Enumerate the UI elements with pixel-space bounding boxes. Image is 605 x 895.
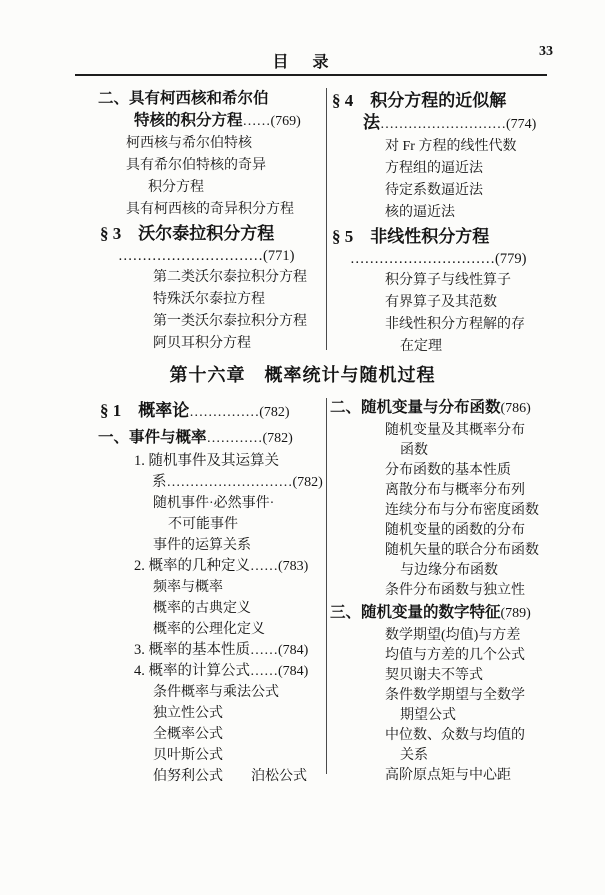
toc-line: 函数 (400, 441, 562, 461)
toc-line: § 5 非线性积分方程 (332, 226, 562, 248)
toc-line: 阿贝耳积分方程 (153, 333, 330, 355)
header-rule (75, 74, 547, 76)
toc-line: 离散分布与概率分布列 (385, 481, 562, 501)
toc-line: …………………………(771) (118, 245, 330, 267)
toc-line: 关系 (400, 746, 562, 766)
toc-line: 独立性公式 (153, 703, 330, 724)
toc-line: 贝叶斯公式 (153, 745, 330, 766)
toc-line: 全概率公式 (153, 724, 330, 745)
page-number: 33 (539, 44, 553, 60)
toc-line: 法………………………(774) (363, 112, 562, 136)
toc-column-bottom-left: § 1 概率论……………(782)一、事件与概率…………(782)1. 随机事件… (98, 396, 330, 787)
toc-line: 分布函数的基本性质 (385, 461, 562, 481)
toc-line: 条件数学期望与全数学 (385, 686, 562, 706)
toc-line: 特殊沃尔泰拉方程 (153, 289, 330, 311)
toc-line: 与边缘分布函数 (400, 561, 562, 581)
page-ref: (786) (501, 401, 531, 416)
toc-column-top-right: § 4 积分方程的近似解法………………………(774)对 Fr 方程的线性代数方… (330, 88, 562, 358)
toc-line: 连续分布与分布密度函数 (385, 501, 562, 521)
toc-column-top-left: 二、具有柯西核和希尔伯特核的积分方程……(769)柯西核与希尔伯特核具有希尔伯特… (98, 88, 330, 355)
toc-line: 对 Fr 方程的线性代数 (385, 136, 562, 158)
toc-line: 事件的运算关系 (153, 535, 330, 556)
toc-line: 1. 随机事件及其运算关 (134, 451, 330, 472)
toc-line: § 3 沃尔泰拉积分方程 (100, 223, 330, 245)
page-ref: ……(783) (250, 559, 308, 574)
toc-line: 方程组的逼近法 (385, 158, 562, 180)
toc-line: 契贝谢夫不等式 (385, 666, 562, 686)
toc-line: 随机矢量的联合分布函数 (385, 541, 562, 561)
toc-line: 具有柯西核的奇异积分方程 (126, 199, 330, 221)
page-ref: ……(769) (243, 114, 301, 129)
toc-line: 有界算子及其范数 (385, 292, 562, 314)
toc-line: 数学期望(均值)与方差 (385, 626, 562, 646)
toc-line: 概率的公理化定义 (153, 619, 330, 640)
toc-line: 频率与概率 (153, 577, 330, 598)
page-ref: (789) (501, 606, 531, 621)
toc-line: 随机变量的函数的分布 (385, 521, 562, 541)
toc-line: 核的逼近法 (385, 202, 562, 224)
toc-line: …………………………(779) (350, 248, 562, 270)
toc-line: 待定系数逼近法 (385, 180, 562, 202)
toc-line: § 1 概率论……………(782) (100, 398, 330, 426)
toc-line: 二、随机变量与分布函数(786) (330, 396, 562, 421)
page-ref: ……(784) (250, 643, 308, 658)
toc-line: 条件概率与乘法公式 (153, 682, 330, 703)
page-ref: ……(784) (250, 664, 308, 679)
toc-column-bottom-right: 二、随机变量与分布函数(786)随机变量及其概率分布函数分布函数的基本性质离散分… (330, 396, 562, 786)
toc-page: 目 录 33 二、具有柯西核和希尔伯特核的积分方程……(769)柯西核与希尔伯特… (0, 0, 605, 895)
toc-line: 伯努利公式 泊松公式 (153, 766, 330, 787)
page-ref: ………………………(782) (167, 475, 323, 490)
page-ref: …………(782) (207, 431, 293, 446)
toc-line: 不可能事件 (168, 514, 330, 535)
page-ref: ……………(782) (189, 405, 289, 420)
toc-line: 均值与方差的几个公式 (385, 646, 562, 666)
page-header-title: 目 录 (0, 49, 605, 72)
toc-line: 积分算子与线性算子 (385, 270, 562, 292)
toc-line: 中位数、众数与均值的 (385, 726, 562, 746)
toc-line: 3. 概率的基本性质……(784) (134, 640, 330, 661)
page-ref: ………………………(774) (380, 117, 536, 132)
toc-line: 2. 概率的几种定义……(783) (134, 556, 330, 577)
toc-line: 随机变量及其概率分布 (385, 421, 562, 441)
toc-line: 三、随机变量的数字特征(789) (330, 601, 562, 626)
toc-line: 积分方程 (148, 177, 330, 199)
toc-line: 随机事件·必然事件· (153, 493, 330, 514)
toc-line: 非线性积分方程解的存 (385, 314, 562, 336)
toc-line: 4. 概率的计算公式……(784) (134, 661, 330, 682)
toc-line: 二、具有柯西核和希尔伯 (98, 88, 330, 110)
toc-line: 第一类沃尔泰拉积分方程 (153, 311, 330, 333)
chapter-heading: 第十六章 概率统计与随机过程 (0, 361, 605, 387)
toc-line: 一、事件与概率…………(782) (98, 426, 330, 451)
toc-line: 第二类沃尔泰拉积分方程 (153, 267, 330, 289)
toc-line: 具有希尔伯特核的奇异 (126, 155, 330, 177)
toc-line: 高阶原点矩与中心距 (385, 766, 562, 786)
toc-line: 在定理 (400, 336, 562, 358)
toc-line: 系………………………(782) (152, 472, 330, 493)
toc-line: 特核的积分方程……(769) (134, 110, 330, 133)
toc-line: 条件分布函数与独立性 (385, 581, 562, 601)
toc-line: 概率的古典定义 (153, 598, 330, 619)
toc-line: § 4 积分方程的近似解 (332, 90, 562, 112)
toc-line: 柯西核与希尔伯特核 (126, 133, 330, 155)
toc-line: 期望公式 (400, 706, 562, 726)
